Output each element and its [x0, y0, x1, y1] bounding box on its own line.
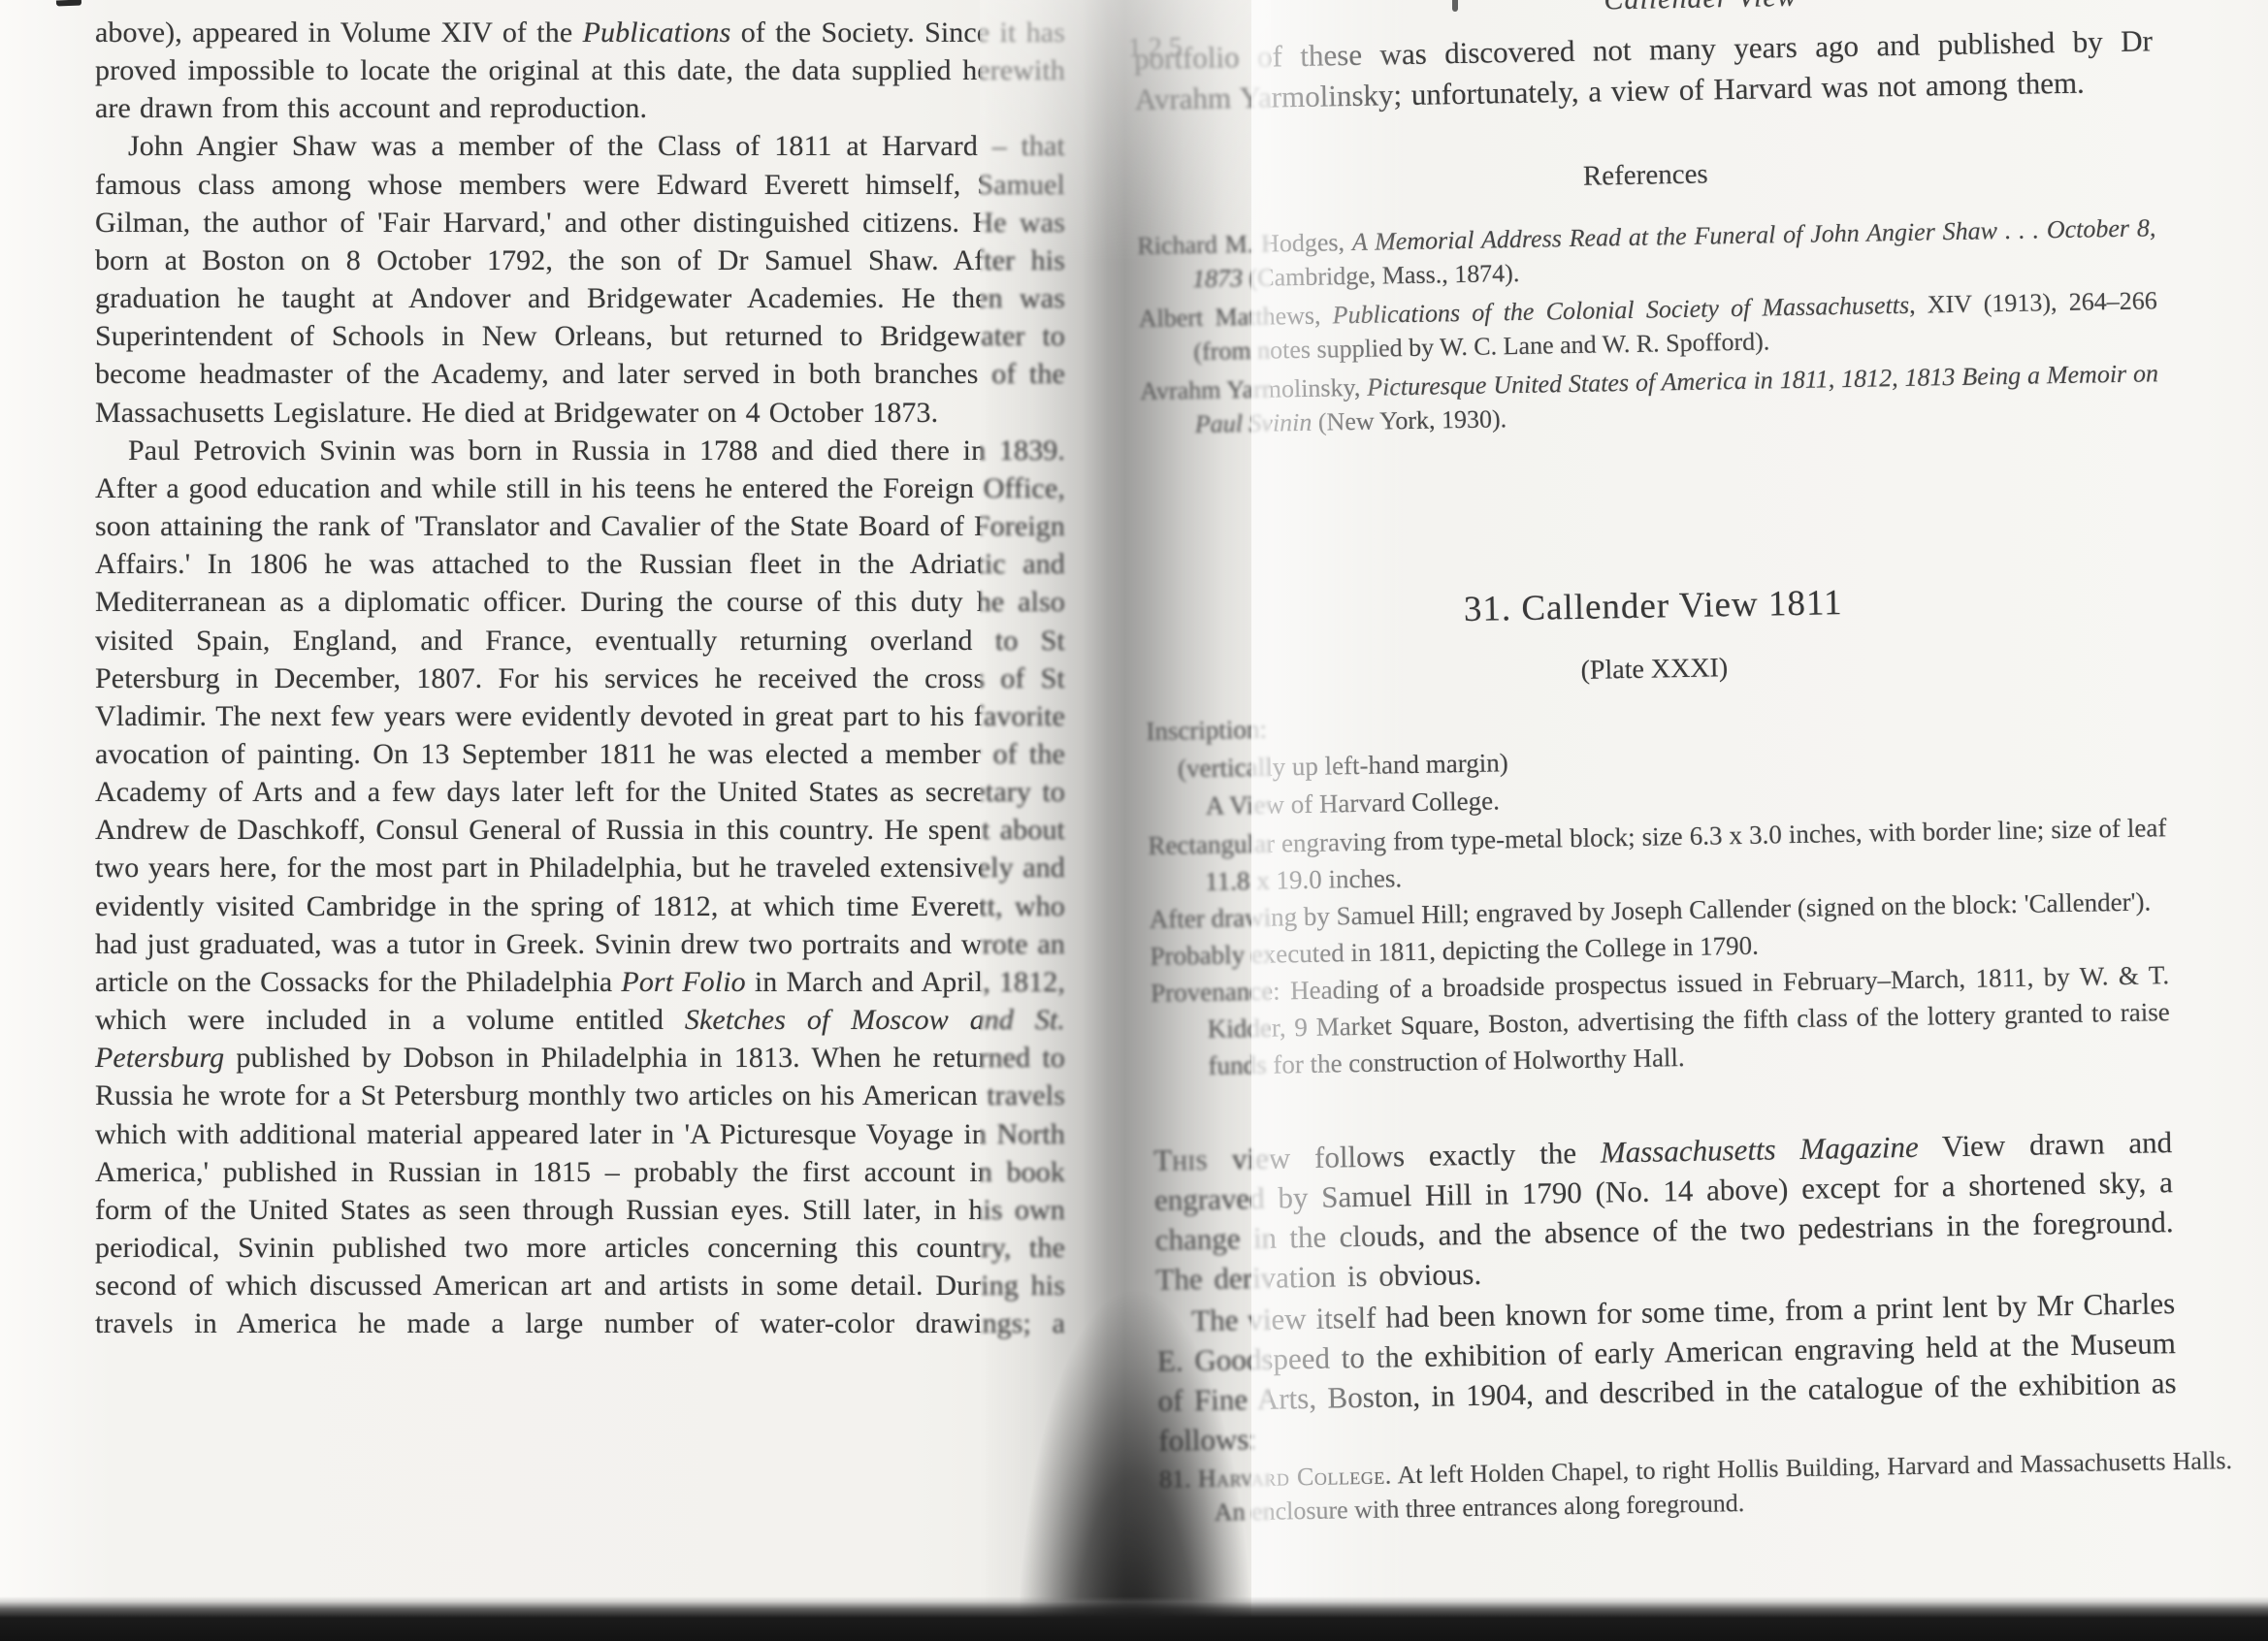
scan-artifact [1452, 0, 1458, 12]
reference-item: Richard M. Hodges, A Memorial Address Re… [1137, 210, 2156, 297]
detail-item: Provenance: Heading of a broadside prosp… [1150, 956, 2171, 1085]
right-paragraph-this-view: This view follows exactly the Massachuse… [1153, 1122, 2175, 1300]
catalogue-details: Rectangular engraving from type-metal bl… [1148, 809, 2171, 1085]
left-paragraph-continuation: above), appeared in Volume XIV of the Pu… [95, 14, 1065, 127]
reference-item: Avrahm Yarmolinsky, Picturesque United S… [1140, 356, 2159, 442]
plate-reference: (Plate XXXI) [1145, 645, 2163, 694]
references-list: Richard M. Hodges, A Memorial Address Re… [1137, 210, 2159, 447]
book-scan: above), appeared in Volume XIV of the Pu… [0, 0, 2268, 1641]
scan-artifact [56, 0, 81, 6]
section-title: 31. Callender View 1811 [1144, 576, 2163, 636]
right-page: Callender View 125 portfolio of these wa… [1133, 0, 2181, 1641]
right-paragraph-view-known: The view itself had been known for some … [1156, 1283, 2178, 1461]
inscription-block: Inscription: (vertically up left-hand ma… [1146, 694, 2166, 826]
references-heading: References [1136, 150, 2155, 201]
left-page: above), appeared in Volume XIV of the Pu… [95, 14, 1065, 1342]
right-paragraph-portfolio: portfolio of these was discovered not ma… [1134, 20, 2154, 120]
left-paragraph-shaw: John Angier Shaw was a member of the Cla… [95, 127, 1065, 431]
left-paragraph-svinin: Paul Petrovich Svinin was born in Russia… [95, 432, 1065, 1343]
reference-item: Albert Matthews, Publications of the Col… [1139, 283, 2158, 370]
